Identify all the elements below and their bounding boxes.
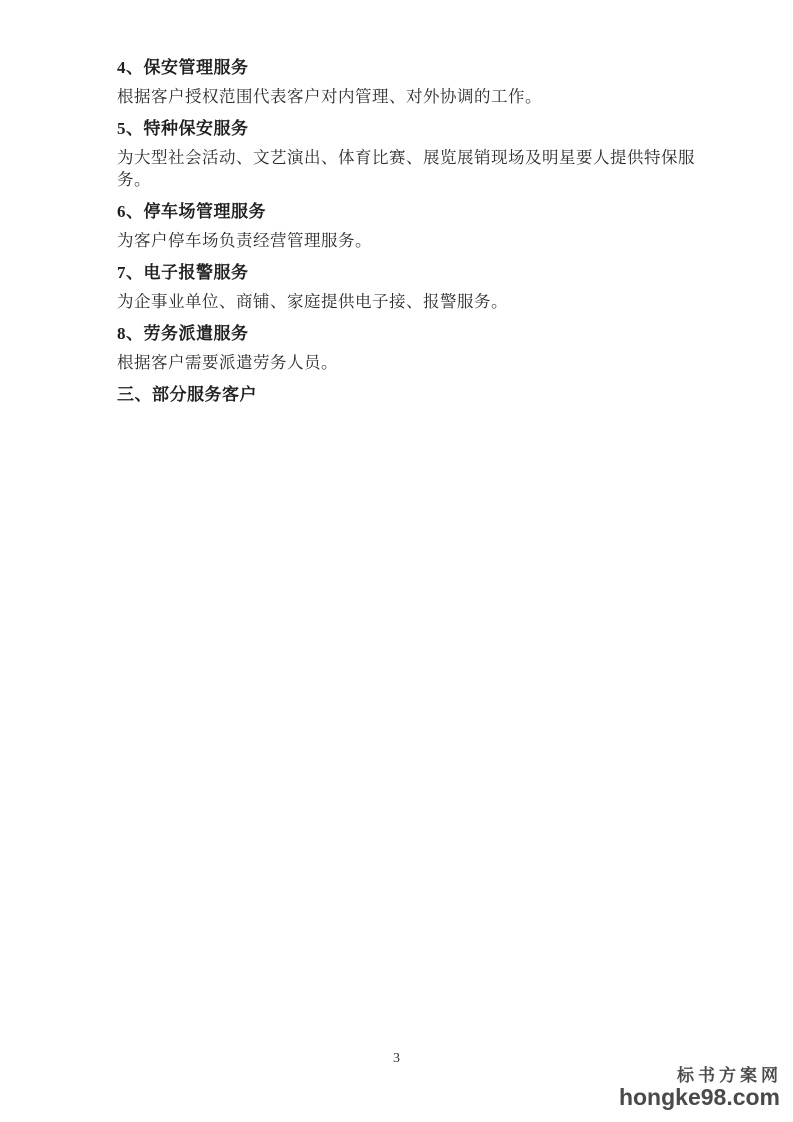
document-page: 4、保安管理服务 根据客户授权范围代表客户对内管理、对外协调的工作。 5、特种保… [0, 0, 793, 1122]
section-heading-labor-dispatch: 8、劳务派遣服务 [117, 323, 703, 345]
paragraph-electronic-alarm: 为企事业单位、商铺、家庭提供电子接、报警服务。 [117, 291, 703, 313]
paragraph-special-security: 为大型社会活动、文艺演出、体育比赛、展览展销现场及明星要人提供特保服务。 [117, 147, 703, 191]
section-heading-service-clients: 三、部分服务客户 [117, 384, 703, 406]
paragraph-parking-management: 为客户停车场负责经营管理服务。 [117, 230, 703, 252]
paragraph-security-management: 根据客户授权范围代表客户对内管理、对外协调的工作。 [117, 86, 703, 108]
document-content: 4、保安管理服务 根据客户授权范围代表客户对内管理、对外协调的工作。 5、特种保… [117, 57, 703, 413]
section-heading-electronic-alarm: 7、电子报警服务 [117, 262, 703, 284]
paragraph-labor-dispatch: 根据客户需要派遣劳务人员。 [117, 352, 703, 374]
page-footer: 3 [0, 1049, 793, 1067]
watermark-site-url: hongke98.com [619, 1086, 780, 1108]
section-heading-security-management: 4、保安管理服务 [117, 57, 703, 79]
section-heading-special-security: 5、特种保安服务 [117, 118, 703, 140]
section-heading-parking-management: 6、停车场管理服务 [117, 201, 703, 223]
watermark: 标书方案网 hongke98.com [619, 1066, 780, 1108]
page-number: 3 [393, 1051, 400, 1066]
watermark-site-name: 标书方案网 [619, 1066, 782, 1086]
